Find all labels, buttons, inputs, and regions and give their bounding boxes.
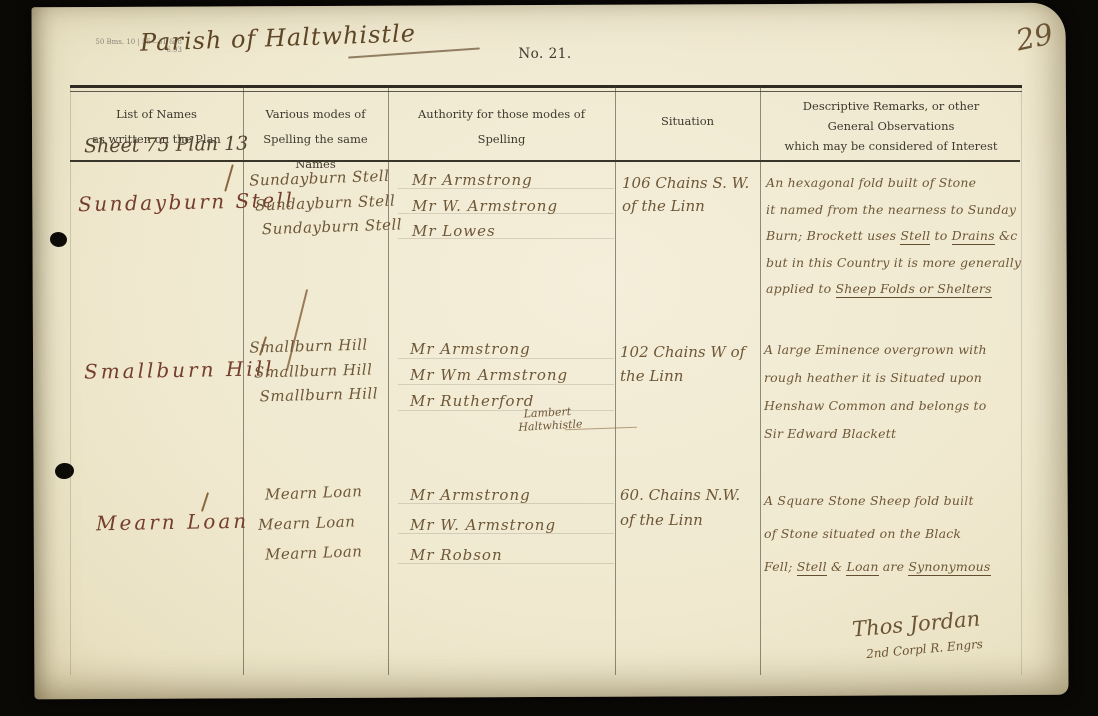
plan-name: Smallburn Hill	[84, 356, 275, 383]
form-number: No. 21.	[490, 46, 600, 62]
spelling-entries: Sundayburn Stell Sundayburn Stell Sunday…	[249, 163, 403, 242]
remarks-entry: An hexagonal fold built of Stone it name…	[766, 170, 1022, 303]
table-top-rule-thick	[70, 85, 1022, 88]
authority-entries: Mr Armstrong Mr Wm Armstrong Mr Rutherfo…	[410, 336, 568, 414]
table-top-rule-thin	[70, 91, 1022, 92]
situation-entry: 106 Chains S. W. of the Linn	[622, 172, 749, 218]
remarks-entry: A Square Stone Sheep fold built of Stone…	[764, 484, 1020, 583]
header-remarks-column: Descriptive Remarks, or other General Ob…	[760, 96, 1022, 156]
column-divider	[70, 86, 71, 675]
header-bottom-rule	[70, 160, 1020, 162]
plan-name: Mearn Loan	[96, 509, 250, 536]
situation-entry: 60. Chains N.W. of the Linn	[620, 483, 740, 533]
scanned-page: 50 Bms. 10 | 55—31 & 8 6.93 Parish of Ha…	[0, 0, 1098, 716]
header-authority-column: Authority for those modes of Spelling	[388, 102, 615, 152]
remarks-entry: A large Eminence overgrown with rough he…	[764, 336, 1020, 448]
spelling-entries: Mearn Loan Mearn Loan Mearn Loan	[256, 476, 364, 570]
sheet-plan-note: Sheet 75 Plan 13	[84, 133, 249, 158]
spelling-entries: Smallburn Hill Smallburn Hill Smallburn …	[249, 332, 378, 409]
situation-entry: 102 Chains W of the Linn	[620, 340, 745, 388]
header-situation-column: Situation	[615, 114, 760, 128]
authority-entries: Mr Armstrong Mr W. Armstrong Mr Lowes	[412, 168, 558, 245]
authority-entries: Mr Armstrong Mr W. Armstrong Mr Robson	[410, 480, 556, 570]
column-divider	[760, 86, 761, 675]
column-divider	[615, 86, 616, 675]
